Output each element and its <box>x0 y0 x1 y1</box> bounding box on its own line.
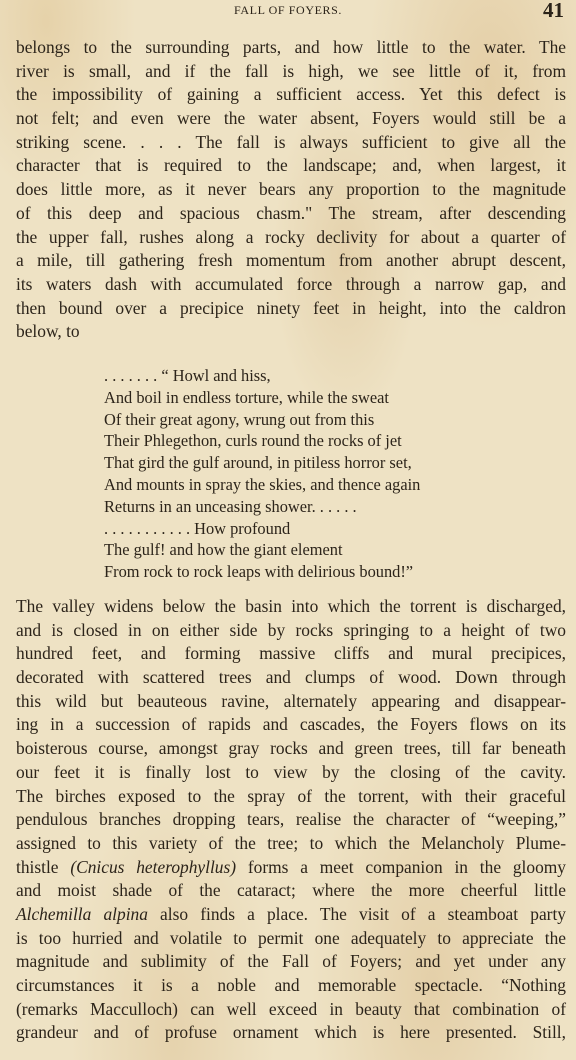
running-head: FALL OF FOYERS. <box>0 3 576 18</box>
text-line: of this deep and spacious chasm." The st… <box>16 202 566 226</box>
verse-line: . . . . . . . “ Howl and hiss, <box>104 365 484 387</box>
text-line: boisterous course, amongst gray rocks an… <box>16 737 566 761</box>
text-line: its waters dash with accumulated force t… <box>16 273 566 297</box>
verse-line: From rock to rock leaps with delirious b… <box>104 561 484 583</box>
paragraph-1: belongs to the surrounding parts, and ho… <box>16 36 566 344</box>
text-run: thistle <box>16 857 70 877</box>
verse-line: And mounts in spray the skies, and thenc… <box>104 474 484 496</box>
verse-line: Of their great agony, wrung out from thi… <box>104 409 484 431</box>
text-line: and is closed in on either side by rocks… <box>16 619 566 643</box>
verse-line: And boil in endless torture, while the s… <box>104 387 484 409</box>
text-line: this wild but beauteous ravine, alternat… <box>16 690 566 714</box>
text-line: our feet it is finally lost to view by t… <box>16 761 566 785</box>
text-line: magnitude and sublimity of the Fall of F… <box>16 950 566 974</box>
text-line: ing in a succession of rapids and cascad… <box>16 713 566 737</box>
text-line: not felt; and even were the water absent… <box>16 107 566 131</box>
text-line: decorated with scattered trees and clump… <box>16 666 566 690</box>
botanical-name: (Cnicus heterophyllus) <box>70 857 236 877</box>
text-line-with-italic: Alchemilla alpina also finds a place. Th… <box>16 903 566 927</box>
text-line: The birches exposed to the spray of the … <box>16 785 566 809</box>
text-line: and moist shade of the cataract; where t… <box>16 879 566 903</box>
text-line: the impossibility of gaining a sufficien… <box>16 83 566 107</box>
text-line-with-italic: thistle (Cnicus heterophyllus) forms a m… <box>16 856 566 880</box>
text-line: striking scene. . . . The fall is always… <box>16 131 566 155</box>
page-header: FALL OF FOYERS. 41 <box>0 0 576 22</box>
text-line: pendulous branches dropping tears, reali… <box>16 808 566 832</box>
text-line: hundred feet, and forming massive cliffs… <box>16 642 566 666</box>
verse-line: That gird the gulf around, in pitiless h… <box>104 452 484 474</box>
page-number: 41 <box>543 0 564 23</box>
verse-line: Their Phlegethon, curls round the rocks … <box>104 430 484 452</box>
text-line: does little more, as it never bears any … <box>16 178 566 202</box>
text-line: (remarks Macculloch) can well exceed in … <box>16 998 566 1022</box>
text-line: circumstances it is a noble and memorabl… <box>16 974 566 998</box>
verse-line: The gulf! and how the giant element <box>104 539 484 561</box>
paragraph-2: The valley widens below the basin into w… <box>16 595 566 1045</box>
text-run: forms a meet companion in the gloomy <box>236 857 566 877</box>
verse-line: . . . . . . . . . . . How profound <box>104 518 484 540</box>
verse-quotation: . . . . . . . “ Howl and hiss, And boil … <box>104 365 484 583</box>
text-line: The valley widens below the basin into w… <box>16 595 566 619</box>
text-line: a mile, till gathering fresh momentum fr… <box>16 249 566 273</box>
text-line: the upper fall, rushes along a rocky dec… <box>16 226 566 250</box>
text-line: assigned to this variety of the tree; to… <box>16 832 566 856</box>
book-page: FALL OF FOYERS. 41 belongs to the surrou… <box>0 0 576 1060</box>
text-line: river is small, and if the fall is high,… <box>16 60 566 84</box>
text-line: is too hurried and volatile to permit on… <box>16 927 566 951</box>
text-run: also finds a place. The visit of a steam… <box>148 904 566 924</box>
botanical-name: Alchemilla alpina <box>16 904 148 924</box>
text-line: grandeur and of profuse ornament which i… <box>16 1021 566 1045</box>
verse-line: Returns in an unceasing shower. . . . . … <box>104 496 484 518</box>
text-line: then bound over a precipice ninety feet … <box>16 297 566 321</box>
text-line: character that is required to the landsc… <box>16 154 566 178</box>
text-line: belongs to the surrounding parts, and ho… <box>16 36 566 60</box>
text-line: below, to <box>16 320 566 344</box>
